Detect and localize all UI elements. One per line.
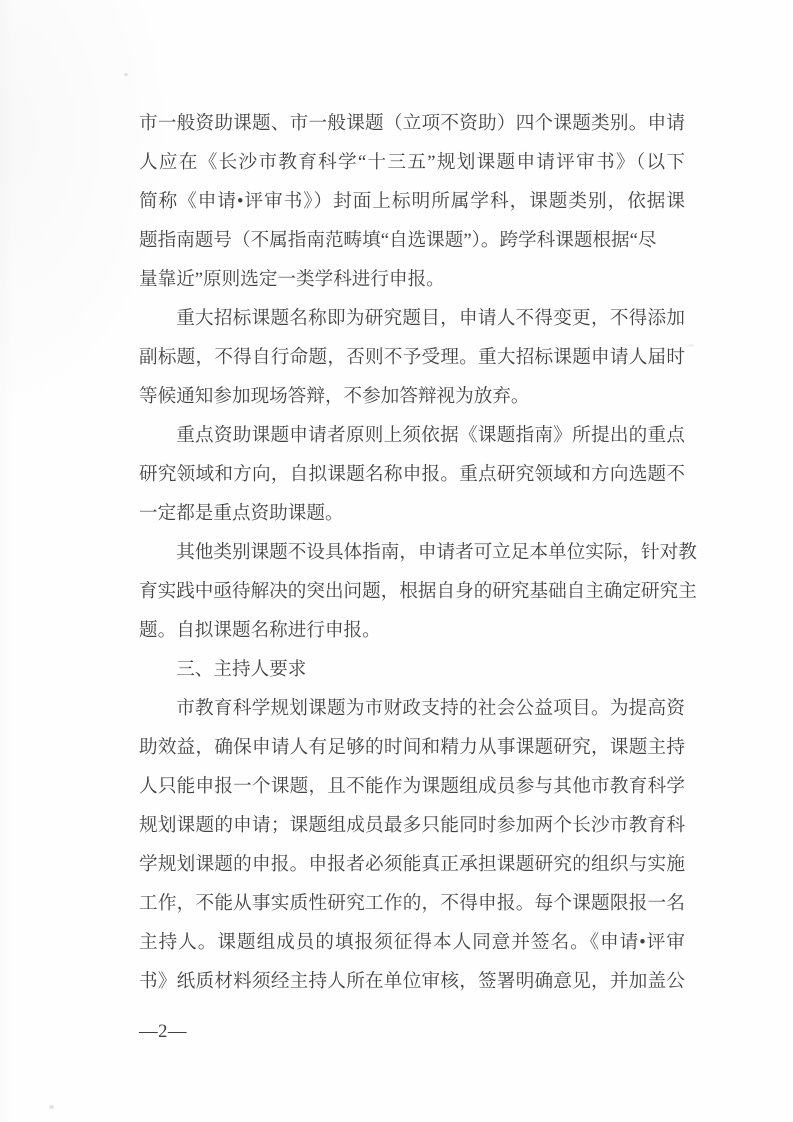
page-number: —2— bbox=[139, 1018, 187, 1046]
text-line: 育实践中亟待解决的突出问题，根据自身的研究基础自主确定研究主 bbox=[139, 572, 685, 611]
scan-artifact bbox=[49, 1105, 54, 1109]
text-line: 研究领域和方向，自拟课题名称申报。重点研究领域和方向选题不 bbox=[139, 455, 685, 494]
scan-artifact bbox=[688, 344, 694, 347]
text-line: 等候通知参加现场答辩，不参加答辩视为放弃。 bbox=[139, 377, 685, 416]
text-line: 题。自拟课题名称进行申报。 bbox=[139, 611, 685, 650]
text-line: 书》纸质材料须经主持人所在单位审核，签署明确意见，并加盖公 bbox=[139, 962, 685, 1001]
text-line: 副标题，不得自行命题，否则不予受理。重大招标课题申请人届时 bbox=[139, 338, 685, 377]
scan-artifact bbox=[124, 73, 128, 76]
text-line: 人应在《长沙市教育科学“十三五”规划课题申请评审书》（以下 bbox=[139, 143, 685, 182]
text-line: 主持人。课题组成员的填报须征得本人同意并签名。《申请•评审 bbox=[139, 923, 685, 962]
text-line: 市一般资助课题、市一般课题（立项不资助）四个课题类别。申请 bbox=[139, 104, 685, 143]
text-line: 市教育科学规划课题为市财政支持的社会公益项目。为提高资 bbox=[139, 689, 685, 728]
text-line: 重大招标课题名称即为研究题目，申请人不得变更，不得添加 bbox=[139, 299, 685, 338]
document-text-block: 市一般资助课题、市一般课题（立项不资助）四个课题类别。申请人应在《长沙市教育科学… bbox=[139, 104, 685, 1001]
document-page: 市一般资助课题、市一般课题（立项不资助）四个课题类别。申请人应在《长沙市教育科学… bbox=[0, 0, 793, 1122]
text-line: 学规划课题的申报。申报者必须能真正承担课题研究的组织与实施 bbox=[139, 845, 685, 884]
text-line: 其他类别课题不设具体指南，申请者可立足本单位实际，针对教 bbox=[139, 533, 685, 572]
text-line: 人只能申报一个课题，且不能作为课题组成员参与其他市教育科学 bbox=[139, 767, 685, 806]
text-line: 题指南题号（不属指南范畴填“自选课题”）。跨学科课题根据“尽 bbox=[139, 221, 685, 260]
text-line: 助效益，确保申请人有足够的时间和精力从事课题研究，课题主持 bbox=[139, 728, 685, 767]
section-heading: 三、主持人要求 bbox=[139, 650, 685, 689]
text-line: 规划课题的申请；课题组成员最多只能同时参加两个长沙市教育科 bbox=[139, 806, 685, 845]
text-line: 工作，不能从事实质性研究工作的，不得申报。每个课题限报一名 bbox=[139, 884, 685, 923]
text-line: 重点资助课题申请者原则上须依据《课题指南》所提出的重点 bbox=[139, 416, 685, 455]
text-line: 一定都是重点资助课题。 bbox=[139, 494, 685, 533]
text-line: 量靠近”原则选定一类学科进行申报。 bbox=[139, 260, 685, 299]
text-line: 简称《申请•评审书》）封面上标明所属学科，课题类别，依据课 bbox=[139, 182, 685, 221]
